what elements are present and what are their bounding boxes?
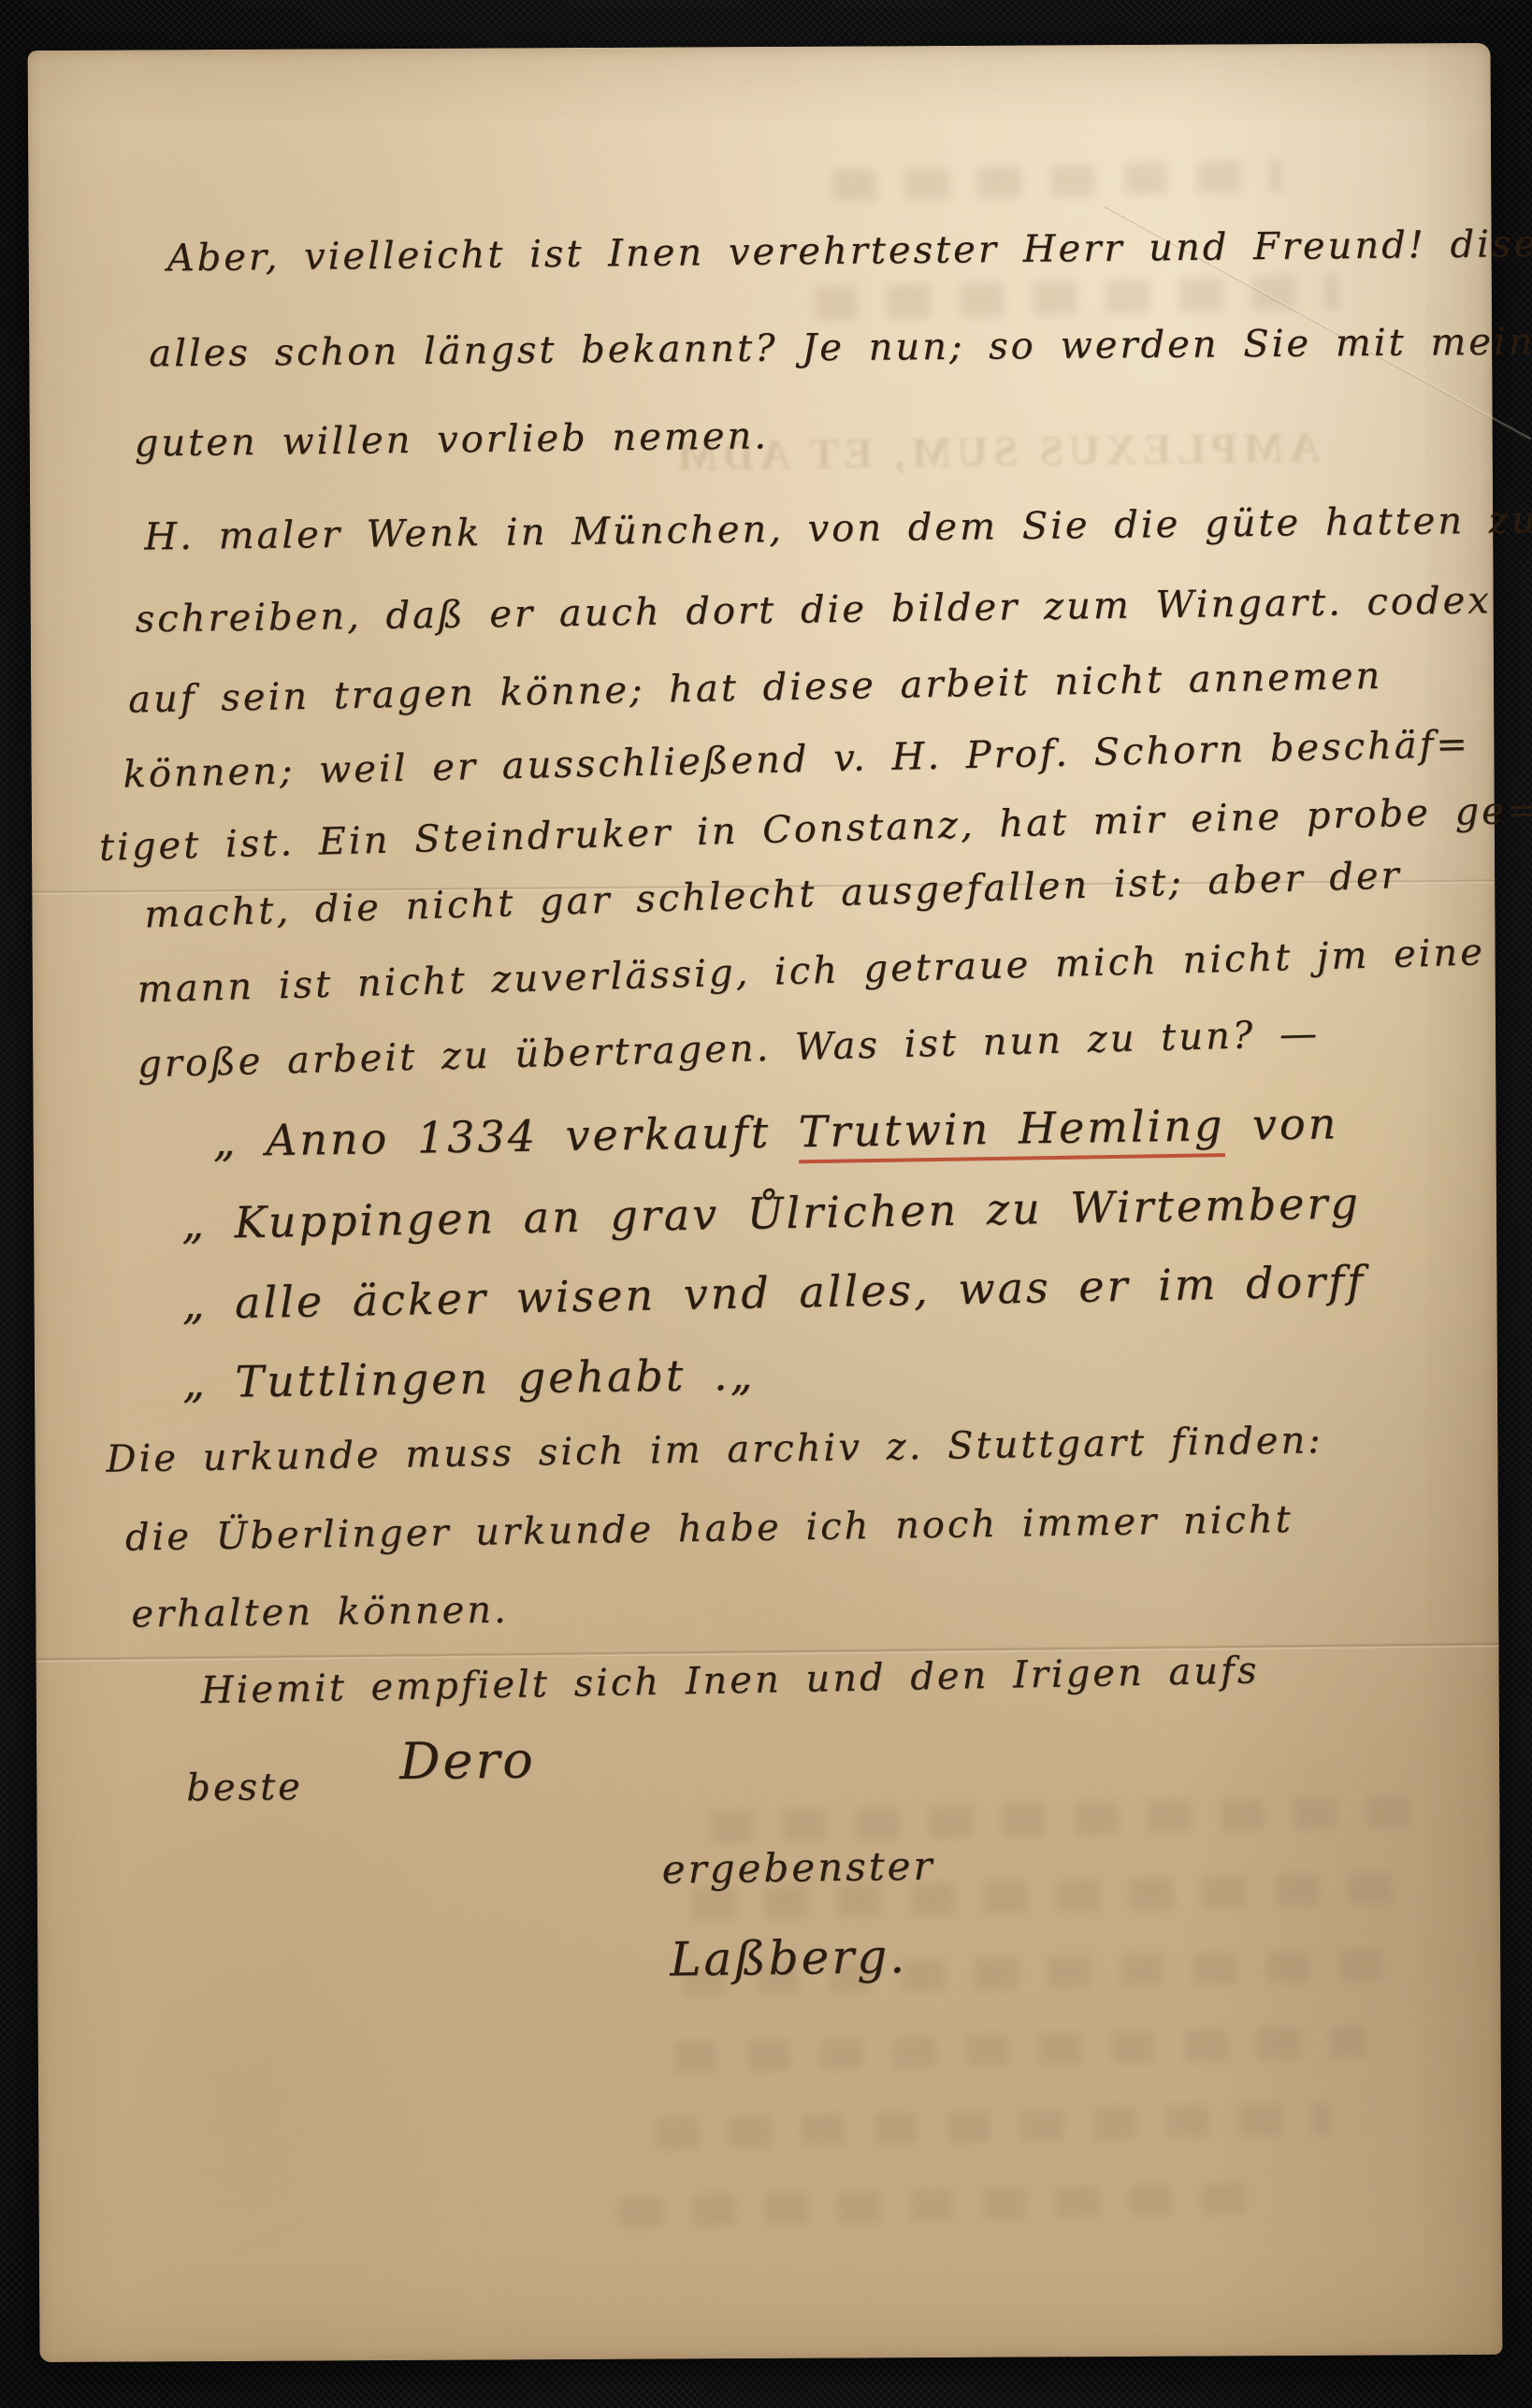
letter-line: können; weil er ausschließend v. H. Prof…: [123, 723, 1470, 797]
letter-line: macht, die nicht gar schlecht ausgefalle…: [144, 854, 1403, 936]
letter-line: erhalten können.: [131, 1589, 509, 1637]
signature: Laßberg.: [670, 1929, 908, 1987]
underlined-name: Trutwin Hemling: [798, 1100, 1224, 1163]
letter-line: Aber, vielleicht ist Inen verehrtester H…: [166, 223, 1532, 281]
letter-line: alles schon längst bekannt? Je nun; so w…: [149, 320, 1532, 375]
closing-word-beste: beste: [186, 1766, 303, 1810]
closing-word-dero: Dero: [399, 1731, 536, 1792]
valediction: ergebenster: [661, 1843, 934, 1893]
quote-line-suffix: von: [1224, 1098, 1339, 1150]
showthrough-streak: [832, 160, 1282, 202]
quote-line: „ Kuppingen an grav Ůlrichen zu Wirtembe…: [181, 1177, 1362, 1248]
showthrough-streak: [673, 2026, 1366, 2073]
letter-line: schreiben, daß er auch dort die bilder z…: [135, 579, 1492, 641]
letter-line: Die urkunde muss sich im archiv z. Stutt…: [106, 1419, 1323, 1480]
showthrough-streak: [710, 1795, 1422, 1843]
letter-photograph: AMPLEXUS SUM, ET ADM Aber, vielleicht is…: [0, 0, 1532, 2408]
showthrough-streak: [656, 2103, 1330, 2150]
letter-line: mann ist nicht zuverlässig, ich getraue …: [137, 930, 1485, 1011]
letter-line: H. maler Wenk in München, von dem Sie di…: [144, 498, 1532, 558]
quote-line: „ alle äcker wisen vnd alles, was er im …: [181, 1256, 1366, 1329]
letter-line: guten willen vorlieb nemen.: [134, 414, 769, 465]
showthrough-streak: [815, 275, 1339, 321]
quote-line-prefix: „ Anno 1334 verkauft: [212, 1106, 799, 1166]
letter-line: auf sein tragen könne; hat diese arbeit …: [128, 655, 1383, 722]
showthrough-streak: [618, 2182, 1274, 2228]
quote-line: „ Anno 1334 verkauft Trutwin Hemling von: [212, 1098, 1338, 1166]
quote-line: „ Tuttlingen gehabt .„: [182, 1349, 756, 1408]
letter-line: die Überlinger urkunde habe ich noch imm…: [125, 1498, 1294, 1560]
letter-line: große arbeit zu übertragen. Was ist nun …: [137, 1012, 1321, 1086]
paper-sheet: AMPLEXUS SUM, ET ADM Aber, vielleicht is…: [28, 43, 1503, 2362]
